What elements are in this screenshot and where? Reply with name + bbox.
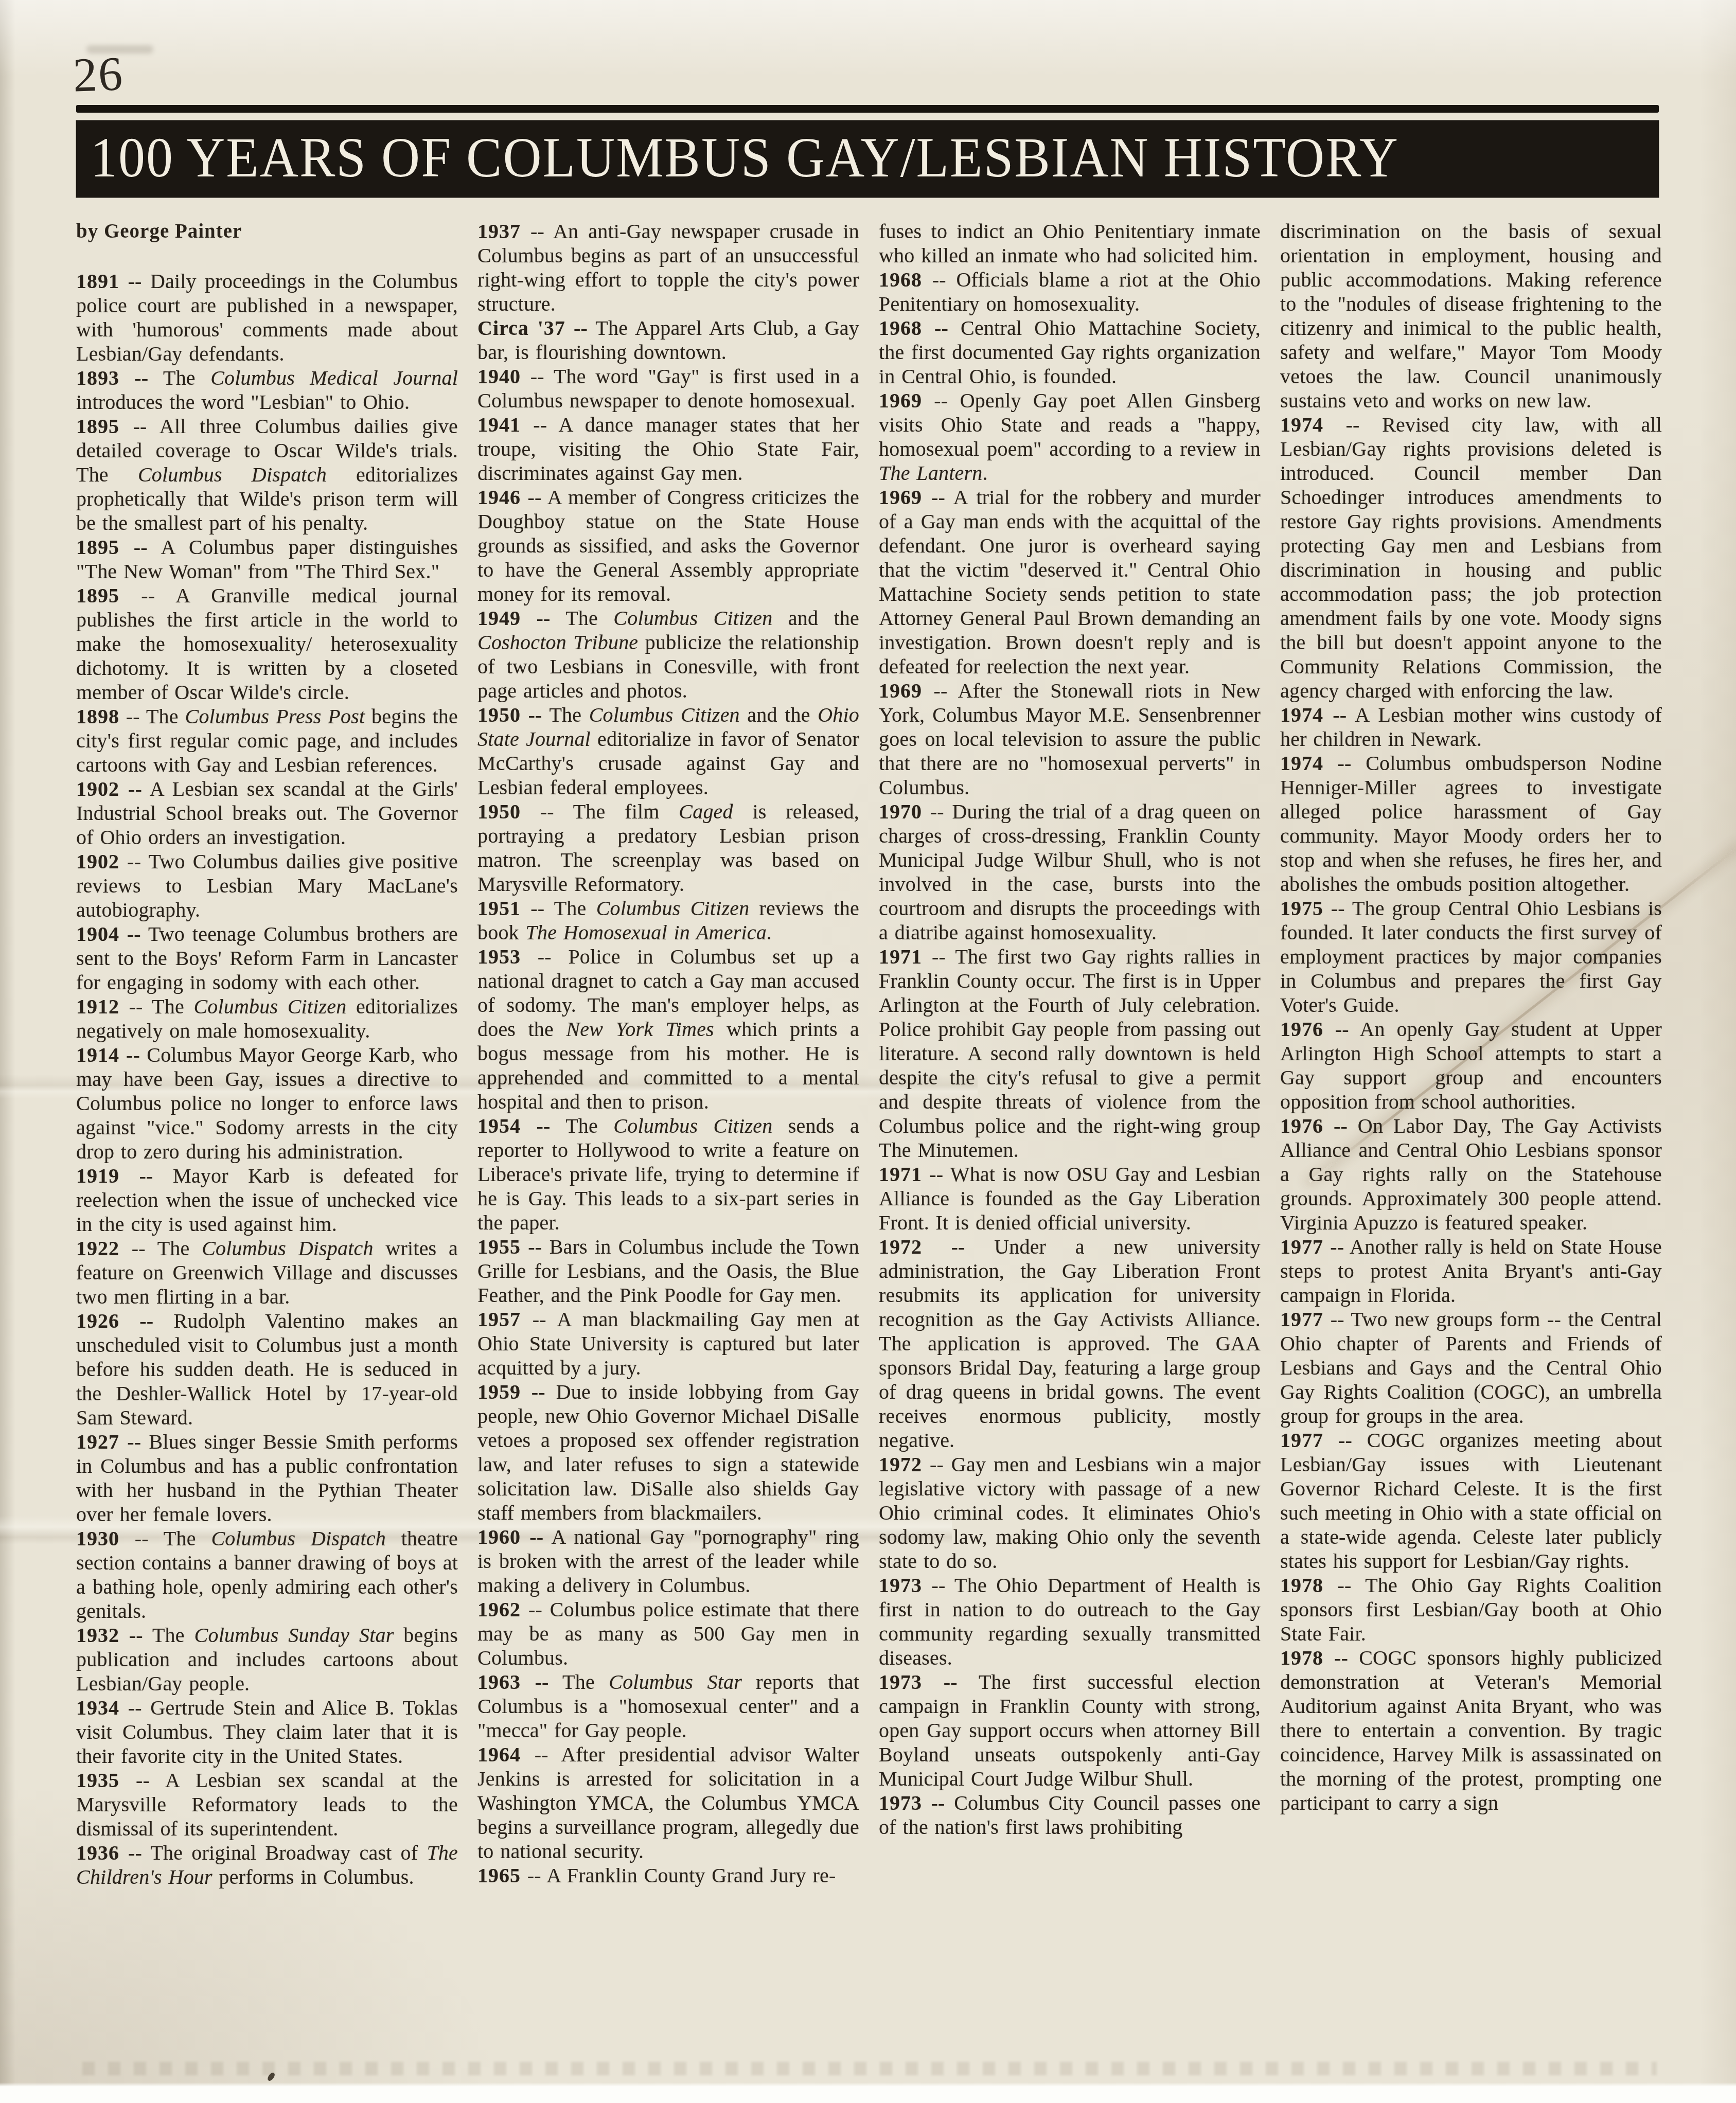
timeline-entry: 1978 -- The Ohio Gay Rights Coalition sp… — [1280, 1573, 1662, 1646]
timeline-entry: 1973 -- The Ohio Department of Health is… — [879, 1573, 1261, 1670]
timeline-entry: 1927 -- Blues singer Bessie Smith perfor… — [76, 1430, 458, 1526]
entry-year: 1919 — [76, 1164, 119, 1187]
timeline-entry: 1970 -- During the trial of a drag queen… — [879, 799, 1261, 944]
entry-year: 1971 — [879, 945, 922, 968]
timeline-entry: 1974 -- Columbus ombudsperson Nodine Hen… — [1280, 751, 1662, 896]
timeline-entry: 1935 -- A Lesbian sex scandal at the Mar… — [76, 1768, 458, 1841]
entry-year: 1959 — [477, 1380, 521, 1403]
entry-year: 1968 — [879, 268, 922, 291]
entry-year: 1902 — [76, 777, 119, 800]
entry-year: 1972 — [879, 1235, 922, 1258]
timeline-entry: 1976 -- On Labor Day, The Gay Activists … — [1280, 1114, 1662, 1235]
timeline-entry: 1949 -- The Columbus Citizen and the Cos… — [477, 606, 859, 703]
timeline-entry: 1965 -- A Franklin County Grand Jury re- — [477, 1863, 859, 1887]
timeline-entry: 1972 -- Under a new university administr… — [879, 1235, 1261, 1452]
entry-year: 1940 — [477, 365, 521, 388]
entry-year: 1977 — [1280, 1308, 1323, 1331]
entry-year: 1973 — [879, 1791, 922, 1814]
entry-year: Circa '37 — [477, 316, 565, 340]
entry-year: 1895 — [76, 536, 119, 559]
entry-year: 1949 — [477, 607, 521, 630]
timeline-entry: 1912 -- The Columbus Citizen editorializ… — [76, 994, 458, 1043]
timeline-entry: 1959 -- Due to inside lobbying from Gay … — [477, 1380, 859, 1525]
entry-year: 1932 — [76, 1624, 119, 1647]
timeline-article: by George Painter 1891 -- Daily proceedi… — [76, 219, 1663, 1889]
entry-year: 1951 — [477, 897, 521, 920]
timeline-entry: 1969 -- After the Stonewall riots in New… — [879, 679, 1261, 799]
entry-year: 1893 — [76, 366, 119, 389]
page-title: 100 YEARS OF COLUMBUS GAY/LESBIAN HISTOR… — [76, 125, 1399, 193]
timeline-entry: 1902 -- A Lesbian sex scandal at the Gir… — [76, 777, 458, 849]
timeline-entry: 1919 -- Mayor Karb is defeated for reele… — [76, 1164, 458, 1236]
timeline-entry: 1922 -- The Columbus Dispatch writes a f… — [76, 1236, 458, 1309]
entry-year: 1976 — [1280, 1018, 1323, 1041]
timeline-entry: 1955 -- Bars in Columbus include the Tow… — [477, 1235, 859, 1307]
timeline-entry: 1960 -- A national Gay "pornography" rin… — [477, 1525, 859, 1597]
timeline-entry: 1974 -- A Lesbian mother wins custody of… — [1280, 703, 1662, 751]
entry-year: 1898 — [76, 705, 119, 728]
entry-year: 1965 — [477, 1864, 521, 1887]
timeline-entry: 1936 -- The original Broadway cast of Th… — [76, 1841, 458, 1889]
timeline-column-3: fuses to indict an Ohio Penitentiary inm… — [879, 219, 1261, 1889]
entry-year: 1973 — [879, 1574, 922, 1597]
entry-year: 1977 — [1280, 1429, 1323, 1452]
timeline-entry: 1891 -- Daily proceedings in the Columbu… — [76, 269, 458, 366]
timeline-entry: 1940 -- The word "Gay" is first used in … — [477, 364, 859, 413]
timeline-entry: 1932 -- The Columbus Sunday Star begins … — [76, 1623, 458, 1696]
timeline-entry: Circa '37 -- The Apparel Arts Club, a Ga… — [477, 316, 859, 364]
timeline-entry: 1963 -- The Columbus Star reports that C… — [477, 1670, 859, 1742]
entry-year: 1969 — [879, 679, 922, 702]
timeline-entry: 1975 -- The group Central Ohio Lesbians … — [1280, 896, 1662, 1017]
timeline-entry: 1898 -- The Columbus Press Post begins t… — [76, 704, 458, 777]
timeline-entry-continued: fuses to indict an Ohio Penitentiary inm… — [879, 219, 1261, 268]
entry-year: 1934 — [76, 1696, 119, 1719]
timeline-entry: 1977 -- Another rally is held on State H… — [1280, 1235, 1662, 1307]
timeline-entry: 1971 -- What is now OSU Gay and Lesbian … — [879, 1162, 1261, 1235]
entry-year: 1950 — [477, 703, 521, 726]
ink-ghosting — [82, 2062, 1657, 2075]
timeline-column-1: by George Painter 1891 -- Daily proceedi… — [76, 219, 458, 1889]
entry-year: 1978 — [1280, 1646, 1323, 1669]
entry-year: 1922 — [76, 1237, 119, 1260]
timeline-entry: 1930 -- The Columbus Dispatch theatre se… — [76, 1526, 458, 1623]
entry-year: 1971 — [879, 1163, 922, 1186]
entry-year: 1969 — [879, 389, 922, 412]
timeline-entry: 1974 -- Revised city law, with all Lesbi… — [1280, 413, 1662, 703]
timeline-entry: 1953 -- Police in Columbus set up a nati… — [477, 944, 859, 1114]
timeline-entry: 1964 -- After presidential advisor Walte… — [477, 1742, 859, 1863]
timeline-entry: 1895 -- A Granville medical journal publ… — [76, 583, 458, 704]
timeline-entry: 1969 -- Openly Gay poet Allen Ginsberg v… — [879, 388, 1261, 485]
timeline-entry: 1902 -- Two Columbus dailies give positi… — [76, 849, 458, 922]
timeline-entry: 1914 -- Columbus Mayor George Karb, who … — [76, 1043, 458, 1164]
timeline-entry: 1972 -- Gay men and Lesbians win a major… — [879, 1452, 1261, 1573]
entry-year: 1963 — [477, 1670, 521, 1694]
entry-year: 1927 — [76, 1430, 119, 1453]
entry-year: 1969 — [879, 486, 922, 509]
entry-year: 1974 — [1280, 752, 1323, 775]
entry-year: 1953 — [477, 945, 521, 968]
entry-year: 1962 — [477, 1598, 521, 1621]
timeline-entry: 1895 -- All three Columbus dailies give … — [76, 414, 458, 535]
entry-year: 1926 — [76, 1309, 119, 1332]
entry-year: 1895 — [76, 415, 119, 438]
timeline-entry: 1941 -- A dance manager states that her … — [477, 413, 859, 485]
timeline-entry: 1926 -- Rudolph Valentino makes an unsch… — [76, 1309, 458, 1430]
entry-year: 1957 — [477, 1308, 521, 1331]
timeline-entry: 1951 -- The Columbus Citizen reviews the… — [477, 896, 859, 944]
timeline-entry: 1950 -- The Columbus Citizen and the Ohi… — [477, 703, 859, 799]
entry-year: 1973 — [879, 1670, 922, 1694]
timeline-entry: 1973 -- The first successful election ca… — [879, 1670, 1261, 1791]
entry-year: 1955 — [477, 1235, 521, 1258]
timeline-entry: 1978 -- COGC sponsors highly publicized … — [1280, 1646, 1662, 1815]
entry-year: 1968 — [879, 316, 922, 340]
timeline-entry: 1954 -- The Columbus Citizen sends a rep… — [477, 1114, 859, 1235]
entry-year: 1974 — [1280, 413, 1323, 436]
entry-year: 1946 — [477, 486, 521, 509]
entry-year: 1936 — [76, 1841, 119, 1864]
entry-year: 1975 — [1280, 897, 1323, 920]
timeline-entry: 1971 -- The first two Gay rights rallies… — [879, 944, 1261, 1162]
entry-year: 1891 — [76, 270, 119, 293]
timeline-entry: 1946 -- A member of Congress criticizes … — [477, 485, 859, 606]
timeline-entry: 1934 -- Gertrude Stein and Alice B. Tokl… — [76, 1696, 458, 1768]
timeline-column-2: 1937 -- An anti-Gay newspaper crusade in… — [477, 219, 859, 1889]
title-banner: 100 YEARS OF COLUMBUS GAY/LESBIAN HISTOR… — [76, 120, 1659, 198]
timeline-entry-continued: discrimination on the basis of sexual or… — [1280, 219, 1662, 413]
timeline-entry: 1957 -- A man blackmailing Gay men at Oh… — [477, 1307, 859, 1380]
entry-year: 1941 — [477, 413, 521, 436]
entry-year: 1912 — [76, 995, 119, 1018]
entry-year: 1935 — [76, 1769, 119, 1792]
entry-year: 1904 — [76, 922, 119, 946]
timeline-entry: 1904 -- Two teenage Columbus brothers ar… — [76, 922, 458, 994]
timeline-entry: 1895 -- A Columbus paper distinguishes "… — [76, 535, 458, 583]
entry-year: 1930 — [76, 1527, 119, 1550]
entry-year: 1974 — [1280, 703, 1323, 726]
entry-year: 1954 — [477, 1114, 521, 1137]
entry-year: 1978 — [1280, 1574, 1323, 1597]
timeline-entry: 1973 -- Columbus City Council passes one… — [879, 1791, 1261, 1839]
entry-year: 1914 — [76, 1043, 119, 1066]
timeline-entry: 1968 -- Central Ohio Mattachine Society,… — [879, 316, 1261, 388]
timeline-entry: 1962 -- Columbus police estimate that th… — [477, 1597, 859, 1670]
entry-year: 1950 — [477, 800, 521, 823]
timeline-entry: 1950 -- The film Caged is released, port… — [477, 799, 859, 896]
entry-year: 1895 — [76, 584, 119, 607]
timeline-entry: 1968 -- Officials blame a riot at the Oh… — [879, 268, 1261, 316]
timeline-entry: 1969 -- A trial for the robbery and murd… — [879, 485, 1261, 679]
timeline-entry: 1977 -- COGC organizes meeting about Les… — [1280, 1428, 1662, 1573]
entry-year: 1964 — [477, 1743, 521, 1766]
header-rule — [76, 105, 1659, 113]
entry-year: 1976 — [1280, 1114, 1323, 1137]
timeline-entry: 1937 -- An anti-Gay newspaper crusade in… — [477, 219, 859, 316]
entry-year: 1960 — [477, 1525, 521, 1548]
entry-year: 1937 — [477, 220, 521, 243]
timeline-entry: 1893 -- The Columbus Medical Journal int… — [76, 366, 458, 414]
byline: by George Painter — [76, 219, 458, 243]
timeline-column-4: discrimination on the basis of sexual or… — [1280, 219, 1662, 1889]
timeline-entry: 1977 -- Two new groups form -- the Centr… — [1280, 1307, 1662, 1428]
entry-year: 1902 — [76, 850, 119, 873]
newspaper-page: { "page": { "number": "26", "banner_titl… — [0, 0, 1736, 2103]
entry-year: 1972 — [879, 1453, 922, 1476]
entry-year: 1970 — [879, 800, 922, 823]
timeline-entry: 1976 -- An openly Gay student at Upper A… — [1280, 1017, 1662, 1114]
page-number: 26 — [72, 49, 124, 99]
entry-year: 1977 — [1280, 1235, 1323, 1258]
